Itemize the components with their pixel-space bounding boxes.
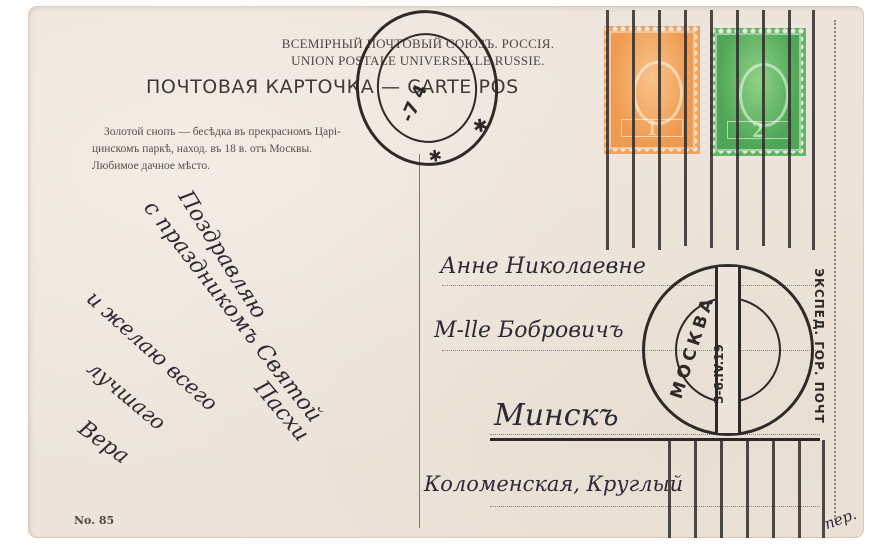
address-city: Минскъ	[494, 398, 619, 433]
address-name: М-lle Бобровичъ	[434, 318, 624, 343]
message-line: Вера	[73, 416, 133, 469]
address-line-4-rule	[490, 506, 820, 507]
value-label-frame	[621, 119, 683, 137]
handwritten-message: Поздравляю с праздникомъ Святой Пасхи и …	[88, 186, 418, 526]
city-underline	[490, 438, 820, 441]
postcard: ВСЕМIРНЫЙ ПОЧТОВЫЙ СОЮЗЪ. РОССIЯ. UNION …	[28, 6, 864, 538]
asterisk-icon: ✱	[427, 146, 443, 167]
caption-line-1: Золотой снопъ — бесѣдка въ прекрасномъ Ц…	[92, 124, 412, 141]
address-street: Коломенская, Круглый	[424, 472, 683, 496]
stamp-2-kopek: 2	[710, 28, 806, 156]
caption-line-2: цинскомъ паркѣ, наход. въ 18 в. отъ Моск…	[92, 143, 312, 155]
address-recipient: Анне Николаевне	[440, 254, 646, 279]
message-line: и желаю всего	[82, 286, 222, 416]
address-line-3-rule	[490, 434, 820, 435]
stamp-face: 1	[609, 31, 695, 149]
caption-line-3: Любимое дачное мѣсто.	[92, 160, 210, 172]
picture-caption: Золотой снопъ — бесѣдка въ прекрасномъ Ц…	[92, 124, 412, 175]
message-line: с праздникомъ Святой	[138, 196, 326, 427]
postmark-date: 5-6.IV.19	[712, 344, 726, 404]
address-lane: пер.	[822, 505, 859, 533]
moscow-postmark: МОСКВА ЭКСПЕД. ГОР. ПОЧТ 5-6.IV.19	[642, 264, 814, 436]
edge-dotted-rule	[834, 20, 836, 520]
asterisk-icon: ✱	[471, 115, 489, 138]
postmark-office: ЭКСПЕД. ГОР. ПОЧТ	[812, 268, 826, 424]
center-divider	[419, 154, 420, 528]
